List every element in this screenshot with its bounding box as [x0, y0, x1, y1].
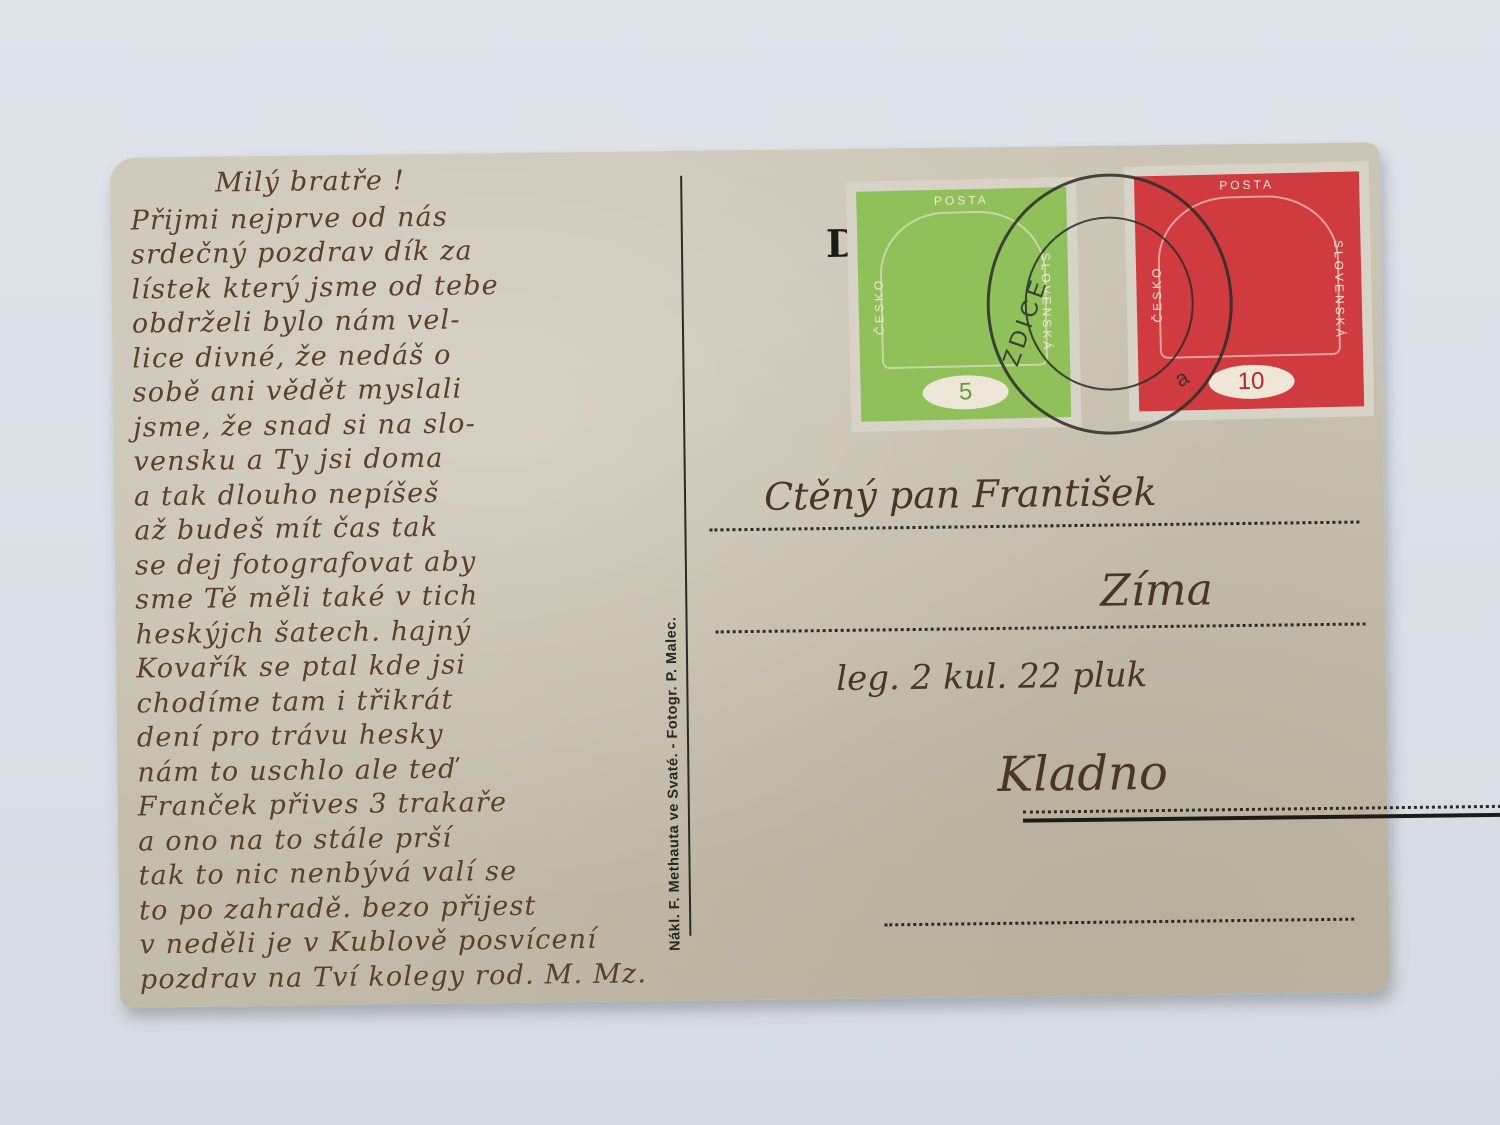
handwritten-message: Milý bratře ! Přijmi nejprve od nás srde… [130, 161, 700, 998]
address-line-2: Zíma [1100, 564, 1213, 616]
postmark-inner-ring [1024, 216, 1195, 392]
address-dotted-line [716, 622, 1366, 633]
address-line-4: Kladno [997, 745, 1168, 803]
address-solid-underline [1023, 813, 1500, 823]
stamp-value: 5 [922, 374, 1009, 410]
address-dotted-line [709, 521, 1359, 532]
address-dotted-line [1023, 805, 1500, 814]
greeting: Milý bratře ! [215, 161, 690, 201]
message-line: pozdrav na Tví kolegy rod. M. Mz. [140, 956, 700, 997]
address-line-3: leg. 2 kul. 22 pluk [836, 655, 1147, 699]
stamp-value: 10 [1208, 364, 1295, 400]
address-line-1: Ctěný pan František [764, 470, 1157, 519]
address-dotted-line [884, 918, 1354, 927]
postcard: Milý bratře ! Přijmi nejprve od nás srde… [110, 142, 1390, 1007]
postmark-letter: a [1170, 364, 1194, 393]
